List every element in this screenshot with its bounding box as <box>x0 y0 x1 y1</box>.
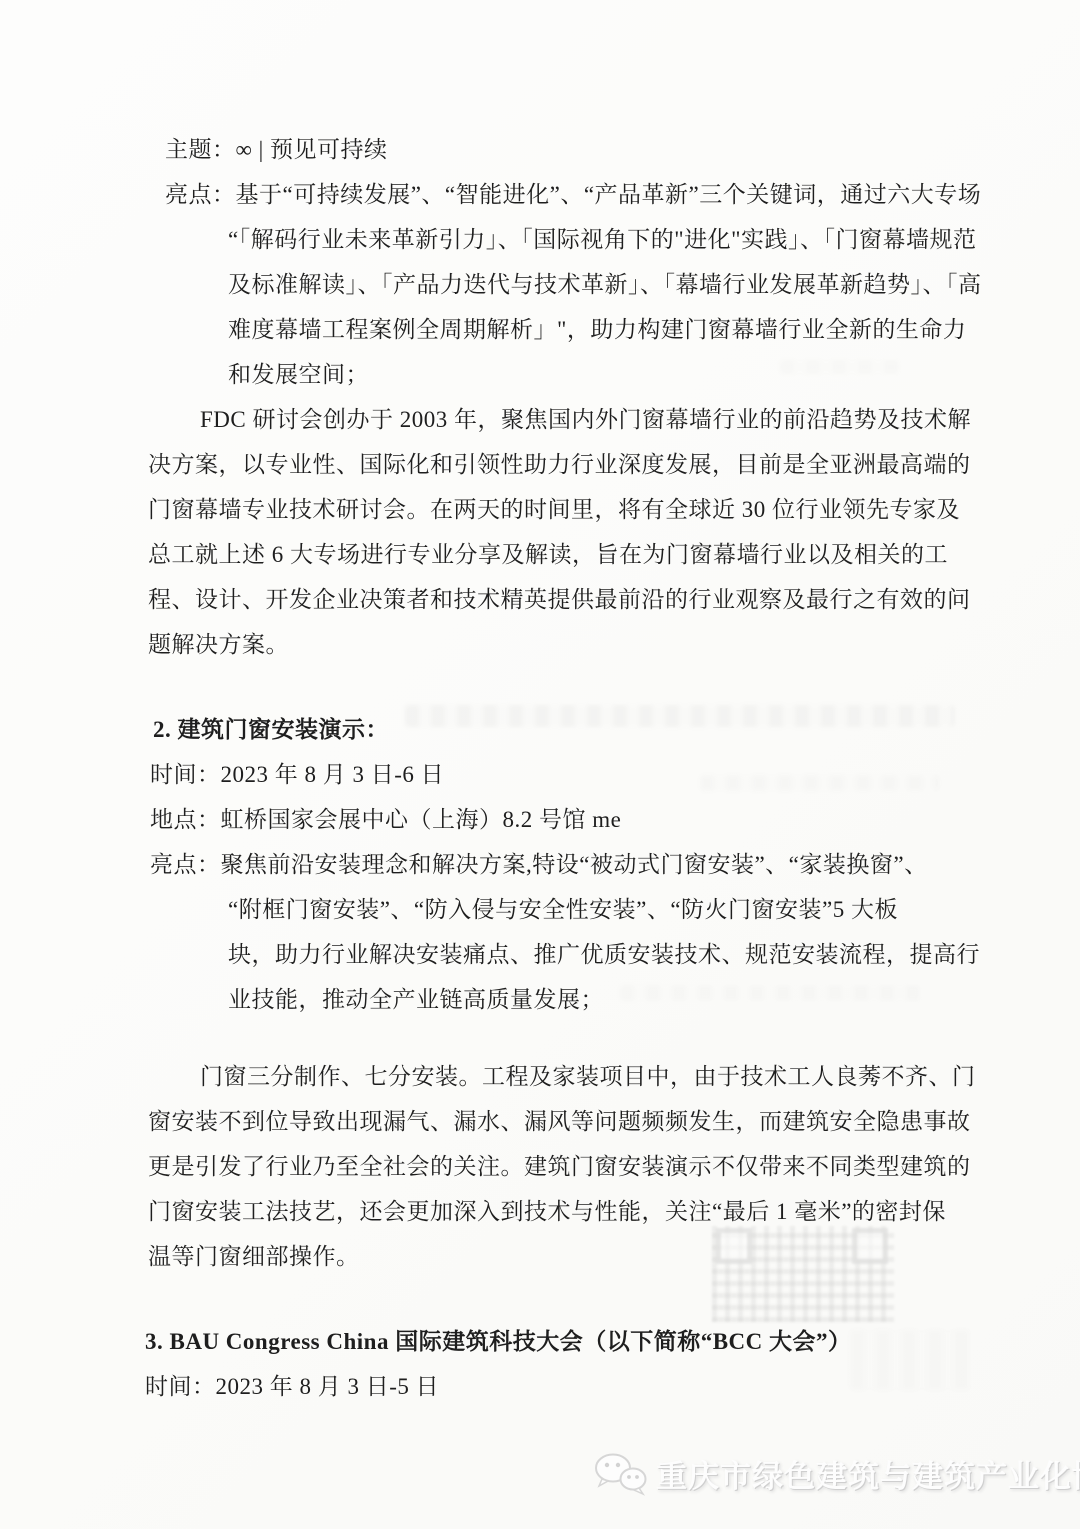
paragraph-line: 更是引发了行业乃至全社会的关注。建筑门窗安装演示不仅带来不同类型建筑的 <box>145 1144 945 1189</box>
highlights-line: 亮点：聚焦前沿安装理念和解决方案,特设“被动式门窗安装”、“家装换窗”、 <box>145 842 945 887</box>
paragraph-line: 程、设计、开发企业决策者和技术精英提供最前沿的行业观察及最行之有效的问 <box>145 577 945 622</box>
paragraph-line: 题解决方案。 <box>145 622 945 667</box>
wechat-icon <box>592 1450 648 1496</box>
time-line: 时间：2023 年 8 月 3 日-5 日 <box>145 1364 945 1409</box>
section-3-heading: 3. BAU Congress China 国际建筑科技大会（以下简称“BCC … <box>145 1319 945 1364</box>
text-line: 难度幕墙工程案例全周期解析」"，助力构建门窗幕墙行业全新的生命力 <box>145 307 945 352</box>
highlights-line: 亮点：基于“可持续发展”、“智能进化”、“产品革新”三个关键词，通过六大专场 <box>145 172 945 217</box>
section-gap <box>145 1022 945 1054</box>
paragraph-line: 决方案，以专业性、国际化和引领性助力行业深度发展，目前是全亚洲最高端的 <box>145 442 945 487</box>
text-line: 业技能，推动全产业链高质量发展； <box>145 977 945 1022</box>
paragraph-line: 门窗三分制作、七分安装。工程及家装项目中，由于技术工人良莠不齐、门 <box>145 1054 945 1099</box>
text-line: 块，助力行业解决安装痛点、推广优质安装技术、规范安装流程，提高行 <box>145 932 945 977</box>
section-gap <box>145 667 945 707</box>
paragraph-line: 门窗幕墙专业技术研讨会。在两天的时间里，将有全球近 30 位行业领先专家及 <box>145 487 945 532</box>
text-line: 及标准解读」、「产品力迭代与技术革新」、「幕墙行业发展革新趋势」、「高 <box>145 262 945 307</box>
paragraph-line: 总工就上述 6 大专场进行专业分享及解读，旨在为门窗幕墙行业以及相关的工 <box>145 532 945 577</box>
section-2-heading: 2. 建筑门窗安装演示： <box>145 707 945 752</box>
text-line: “「解码行业未来革新引力」、「国际视角下的"进化"实践」、「门窗幕墙规范 <box>145 217 945 262</box>
paragraph-line: 门窗安装工法技艺，还会更加深入到技术与性能，关注“最后 1 毫米”的密封保 <box>145 1189 945 1234</box>
theme-line: 主题：∞ | 预见可持续 <box>145 127 945 172</box>
paragraph-line: 窗安装不到位导致出现漏气、漏水、漏风等问题频频发生，而建筑安全隐患事故 <box>145 1099 945 1144</box>
paragraph-line: FDC 研讨会创办于 2003 年，聚焦国内外门窗幕墙行业的前沿趋势及技术解 <box>145 397 945 442</box>
text-line: 和发展空间； <box>145 352 945 397</box>
section-gap <box>145 1279 945 1319</box>
paragraph-line: 温等门窗细部操作。 <box>145 1234 945 1279</box>
watermark-text: 重庆市绿色建筑与建筑产业化协会 <box>656 1451 1080 1496</box>
scanned-document-page: 主题：∞ | 预见可持续 亮点：基于“可持续发展”、“智能进化”、“产品革新”三… <box>0 0 1080 1529</box>
time-line: 时间：2023 年 8 月 3 日-6 日 <box>145 752 945 797</box>
text-line: “附框门窗安装”、“防入侵与安全性安装”、“防火门窗安装”5 大板 <box>145 887 945 932</box>
watermark-footer: 重庆市绿色建筑与建筑产业化协会 <box>592 1450 1080 1496</box>
location-line: 地点：虹桥国家会展中心（上海）8.2 号馆 me <box>145 797 945 842</box>
document-body: 主题：∞ | 预见可持续 亮点：基于“可持续发展”、“智能进化”、“产品革新”三… <box>145 127 945 1409</box>
